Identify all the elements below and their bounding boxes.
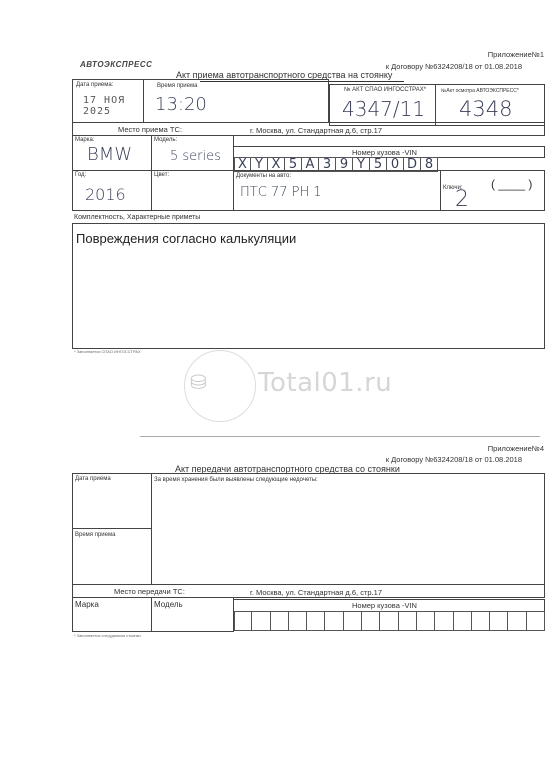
docs-value: ПТС 77 РН 1	[240, 185, 322, 200]
act-value: 4347/11	[342, 97, 425, 121]
car-icon: ⛁	[190, 370, 207, 395]
features-value: Повреждения согласно калькуляции	[76, 231, 296, 246]
defects-cell: За время хранения были выявлены следующи…	[151, 473, 545, 585]
brand2-cell: Марка	[72, 597, 152, 632]
vin-empty-cell	[472, 611, 490, 631]
vin-empty-cell	[362, 611, 380, 631]
vin-empty-cell	[435, 611, 453, 631]
vin-empty-cell	[252, 611, 270, 631]
model-value: 5 series	[170, 149, 221, 164]
docs-label: Документы на авто:	[236, 173, 291, 179]
form2-footnote: * Заполняется сотрудником стоянки	[74, 633, 141, 638]
place-value: г. Москва, ул. Стандартная д.6, стр.17	[250, 126, 382, 135]
features-label: Комплектность, Характерные приметы	[74, 214, 200, 221]
date-stamp: 17 НОЯ 2025	[83, 95, 143, 117]
model2-label: Модель	[154, 600, 183, 609]
vin2-cells	[234, 611, 545, 631]
place2-label: Место передачи ТС:	[114, 587, 185, 596]
time-value: 13:20	[155, 94, 207, 115]
act2-value: 4348	[459, 97, 512, 121]
keys-extra: ( ____ )	[491, 177, 532, 191]
date2-cell: Дата приема	[72, 473, 152, 529]
brand-label: Марка:	[75, 137, 95, 143]
vin-empty-cell	[399, 611, 417, 631]
form1-footnote: * Заполняется СПАО ИНГОССТРАХ	[74, 349, 141, 354]
vin-empty-cell	[527, 611, 545, 631]
act-cell: № АКТ СПАО ИНГОССТРАХ* 4347/11	[329, 84, 436, 126]
model-label: Модель:	[154, 137, 177, 143]
contract-ref-1: к Договору №6324208/18 от 01.08.2018	[386, 62, 522, 71]
year-cell: Год: 2016	[72, 170, 152, 211]
brand-value: BMW	[87, 144, 132, 165]
vin-empty-cell	[454, 611, 472, 631]
keys-cell: Ключи: 2 ( ____ )	[440, 170, 545, 211]
vin-empty-cell	[490, 611, 508, 631]
vin-empty-cell	[307, 611, 325, 631]
act-label: № АКТ СПАО ИНГОССТРАХ*	[344, 87, 426, 93]
model-cell: Модель: 5 series	[151, 135, 234, 171]
brand-cell: Марка: BMW	[72, 135, 152, 171]
place-label: Место приема ТС:	[118, 125, 182, 134]
vin-empty-cell	[289, 611, 307, 631]
year-value: 2016	[85, 185, 126, 204]
contract-ref-4: к Договору №6324208/18 от 01.08.2018	[386, 455, 522, 464]
model2-cell: Модель	[151, 597, 234, 632]
year-label: Год:	[75, 172, 86, 178]
time-cell: Время приема 13:20	[143, 79, 329, 123]
place2-value: г. Москва, ул. Стандартная д.6, стр.17	[250, 588, 382, 597]
act2-label: №Акт осмотра АВТОЭКСПРЕСС*	[441, 88, 519, 94]
place-row: Место приема ТС: г. Москва, ул. Стандарт…	[72, 122, 545, 136]
defects-label: За время хранения были выявлены следующи…	[154, 477, 318, 483]
features-box: Повреждения согласно калькуляции	[72, 223, 545, 349]
vin-empty-cell	[417, 611, 435, 631]
vin-empty-cell	[271, 611, 289, 631]
watermark-text: Total01.ru	[258, 368, 392, 398]
vin-empty-cell	[234, 611, 252, 631]
vin-empty-cell	[344, 611, 362, 631]
vin-empty-cell	[380, 611, 398, 631]
time-label: Время приема	[157, 83, 197, 89]
appendix-4: Приложение№4	[488, 444, 544, 453]
vin-label: Номер кузова -VIN	[352, 148, 417, 157]
docs-cell: Документы на авто: ПТС 77 РН 1	[233, 170, 441, 211]
time2-cell: Время приема	[72, 528, 152, 585]
vin-empty-cell	[325, 611, 343, 631]
date2-label: Дата приема	[75, 476, 111, 482]
act2-cell: №Акт осмотра АВТОЭКСПРЕСС* 4348	[435, 84, 545, 126]
place2-row: Место передачи ТС: г. Москва, ул. Станда…	[72, 584, 545, 598]
date-cell: Дата приема: 17 НОЯ 2025	[72, 79, 144, 123]
appendix-1: Приложение№1	[488, 50, 544, 59]
keys-value: 2	[455, 187, 469, 212]
time2-label: Время приема	[75, 532, 115, 538]
date-label: Дата приема:	[76, 82, 113, 88]
color-cell: Цвет:	[151, 170, 234, 211]
vin-empty-cell	[508, 611, 526, 631]
color-label: Цвет:	[154, 172, 169, 178]
company-logo: АВТОЭКСПРЕСС	[80, 60, 152, 69]
vin2-label: Номер кузова -VIN	[352, 601, 417, 610]
brand2-label: Марка	[75, 600, 99, 609]
